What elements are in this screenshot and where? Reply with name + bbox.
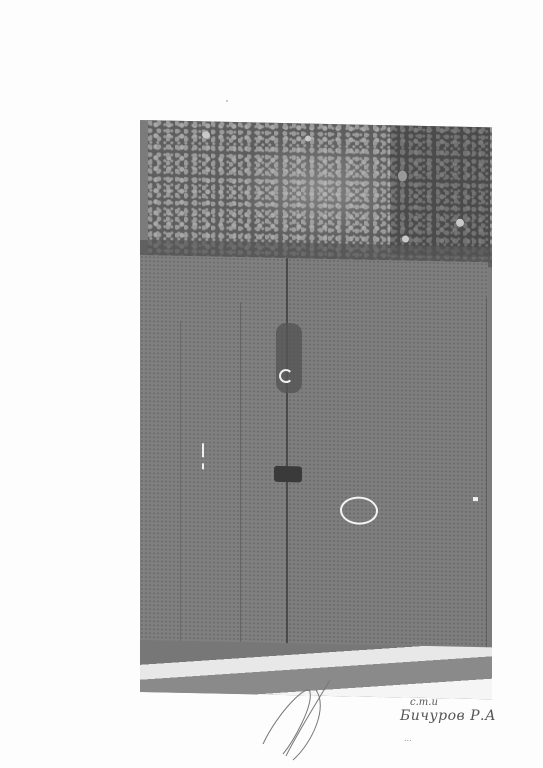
pebble [402,235,409,242]
chalk-mark [202,443,204,457]
photo-garage-doors [140,120,492,699]
pebble [305,135,311,141]
pebble [202,131,210,138]
panel-line [486,297,487,647]
signature-icon [258,672,348,762]
latch-bar [274,466,302,483]
handwritten-marks: ... [404,734,412,743]
door-seam [286,258,288,648]
chalk-mark [473,497,478,501]
panel-line [180,321,181,641]
scan-speck [226,100,228,102]
chalk-mark [202,463,204,469]
lock-shadow [276,323,302,394]
panel-line [240,302,241,642]
handwritten-name: Бичуров Р.А [400,708,496,724]
gravel-highlight [230,132,410,246]
pebble [398,170,407,181]
padlock-shackle-icon [279,369,293,383]
scanned-page: с.т.и Бичуров Р.А ... [0,0,543,768]
door-right-panel [288,258,488,652]
chalk-circle-mark [340,496,378,525]
handwritten-note-top: с.т.и [410,697,438,708]
pebble [456,219,464,227]
door-left-panel [140,255,286,648]
